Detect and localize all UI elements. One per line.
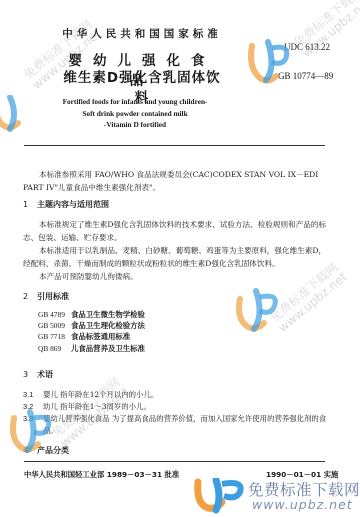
reference-code: GB 4789 — [38, 309, 71, 320]
udc-number: UDC 613.22 — [284, 42, 330, 52]
terms-list: 3.1 婴儿 指年龄在12个月以内的小儿。 3.2 幼儿 指年龄在1～3周岁的小… — [23, 389, 328, 437]
section-1-paragraph-2: 本标准适用于以乳制品、麦精、白砂糖、葡萄糖、鸡蛋等为主要原料，强化维生素D，经配… — [23, 244, 328, 270]
section-title: 引用标准 — [37, 292, 69, 301]
title-en-line: Fortified foods for infants and young ch… — [52, 96, 218, 108]
term-definition: 婴儿 指年龄在12个月以内的小儿。 — [43, 389, 158, 401]
term-item: 3.2 幼儿 指年龄在1～3周岁的小儿。 — [23, 401, 328, 413]
term-definition: 婴幼儿营养强化食品 为了提高食品的营养价值，而加入国家允许使用的营养强化剂的食品… — [43, 413, 328, 437]
reference-title: 儿食品营养及卫生标准 — [71, 343, 145, 354]
header-divider — [24, 145, 325, 146]
section-4-heading: 4产品分类 — [23, 445, 69, 456]
term-number: 3.1 — [23, 389, 43, 401]
section-number: 3 — [23, 370, 37, 379]
brand-url: www.upbz.net — [252, 497, 353, 512]
approval-statement: 中华人民共和国轻工业部 1989－03－31 批准 — [24, 470, 179, 480]
reference-code: QB 869 — [38, 343, 71, 354]
term-item: 3.3 婴幼儿营养强化食品 为了提高食品的营养价值，而加入国家允许使用的营养强化… — [23, 413, 328, 437]
document-title-en: Fortified foods for infants and young ch… — [52, 96, 218, 131]
section-1-paragraph-1: 本标准规定了维生素D强化含乳固体饮料的技术要求、试验方法、检验规则和产品的标志、… — [23, 218, 328, 244]
term-number: 3.3 — [23, 413, 43, 437]
reference-item: GB 5009 食品卫生理化检验方法 — [38, 320, 145, 331]
section-number: 1 — [23, 200, 37, 209]
term-definition: 幼儿 指年龄在1～3周岁的小儿。 — [43, 401, 151, 413]
reference-standards-list: GB 4789 食品卫生微生物学检验 GB 5009 食品卫生理化检验方法 GB… — [38, 309, 145, 354]
watermark-logo-icon — [232, 285, 282, 335]
section-title: 主题内容与适用范围 — [37, 200, 109, 209]
section-2-heading: 2引用标准 — [23, 291, 69, 302]
national-standard-label: 中华人民共和国国家标准 — [62, 26, 222, 41]
reference-title: 食品卫生微生物学检验 — [71, 309, 145, 320]
gb-standard-number: GB 10774—89 — [278, 71, 333, 81]
reference-item: GB 4789 食品卫生微生物学检验 — [38, 309, 145, 320]
title-en-line: Soft drink powder contained milk — [52, 108, 218, 120]
section-number: 2 — [23, 292, 37, 301]
section-title: 产品分类 — [37, 446, 69, 455]
reference-title: 食品卫生理化检验方法 — [71, 320, 145, 331]
brand-logo-icon — [194, 478, 246, 514]
section-number: 4 — [23, 446, 37, 455]
section-title: 术语 — [37, 370, 53, 379]
section-1-heading: 1主题内容与适用范围 — [23, 199, 109, 210]
title-en-line: -Vitamin D fortified — [52, 119, 218, 131]
reference-code: GB 5009 — [38, 320, 71, 331]
section-3-heading: 3术语 — [23, 369, 53, 380]
footer-divider — [24, 461, 325, 462]
term-number: 3.2 — [23, 401, 43, 413]
reference-item: QB 869 儿食品营养及卫生标准 — [38, 343, 145, 354]
reference-item: GB 7718 食品标签通用标准 — [38, 331, 145, 342]
reference-code: GB 7718 — [38, 331, 71, 342]
reference-title: 食品标签通用标准 — [71, 331, 130, 342]
section-1-paragraph-3: 本产品可预防婴幼儿佝偻病。 — [23, 270, 328, 283]
term-item: 3.1 婴儿 指年龄在12个月以内的小儿。 — [23, 389, 328, 401]
watermark-logo-icon — [0, 95, 22, 135]
preamble-paragraph: 本标准参照采用 FAO/WHO 食品法规委员会(CAC)CODEX STAN V… — [23, 168, 328, 194]
